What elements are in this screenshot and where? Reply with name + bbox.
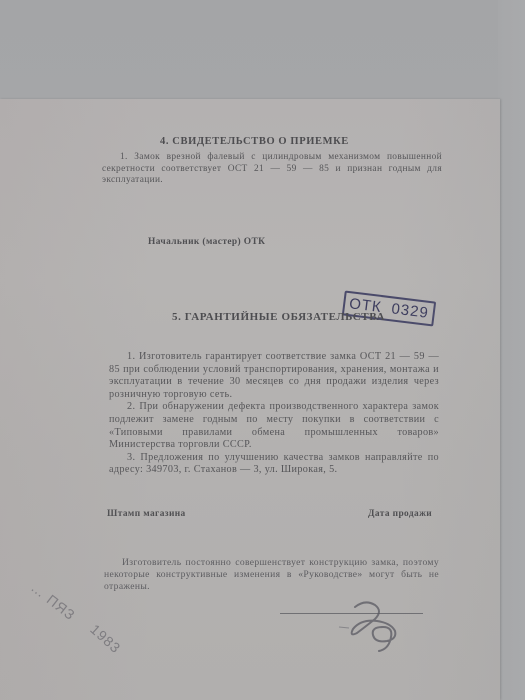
signature-scribble — [335, 597, 415, 657]
document-page: 4. СВИДЕТЕЛЬСТВО О ПРИЕМКЕ 1. Замок врез… — [0, 99, 500, 700]
footer-note: Изготовитель постоянно совершенствует ко… — [104, 557, 439, 593]
acceptance-paragraph: 1. Замок врезной фалевый с цилиндровым м… — [102, 152, 442, 187]
sale-date-label: Дата продажи — [368, 509, 432, 519]
shop-stamp-label: Штамп магазина — [107, 509, 186, 519]
faded-stamp-1: … ПЯЗ — [28, 579, 78, 623]
warranty-paragraph-2: 2. При обнаружении дефекта производствен… — [109, 401, 439, 451]
acceptance-paragraph-text: 1. Замок врезной фалевый с цилиндровым м… — [102, 152, 442, 187]
warranty-paragraph-1: 1. Изготовитель гарантирует соответствие… — [109, 351, 439, 401]
footer-note-text: Изготовитель постоянно совершенствует ко… — [104, 557, 439, 593]
warranty-paragraph-3: 3. Предложения по улучшению качества зам… — [109, 452, 439, 477]
otk-stamp-number: 0329 — [391, 300, 430, 321]
table-surface — [498, 0, 525, 700]
otk-chief-label: Начальник (мастер) ОТК — [148, 237, 265, 247]
warranty-paragraphs: 1. Изготовитель гарантирует соответствие… — [109, 351, 439, 477]
warranty-section-title: 5. ГАРАНТИЙНЫЕ ОБЯЗАТЕЛЬСТВА — [172, 311, 385, 323]
faded-stamp-2: 1983 — [87, 621, 124, 656]
acceptance-section-title: 4. СВИДЕТЕЛЬСТВО О ПРИЕМКЕ — [160, 136, 349, 147]
